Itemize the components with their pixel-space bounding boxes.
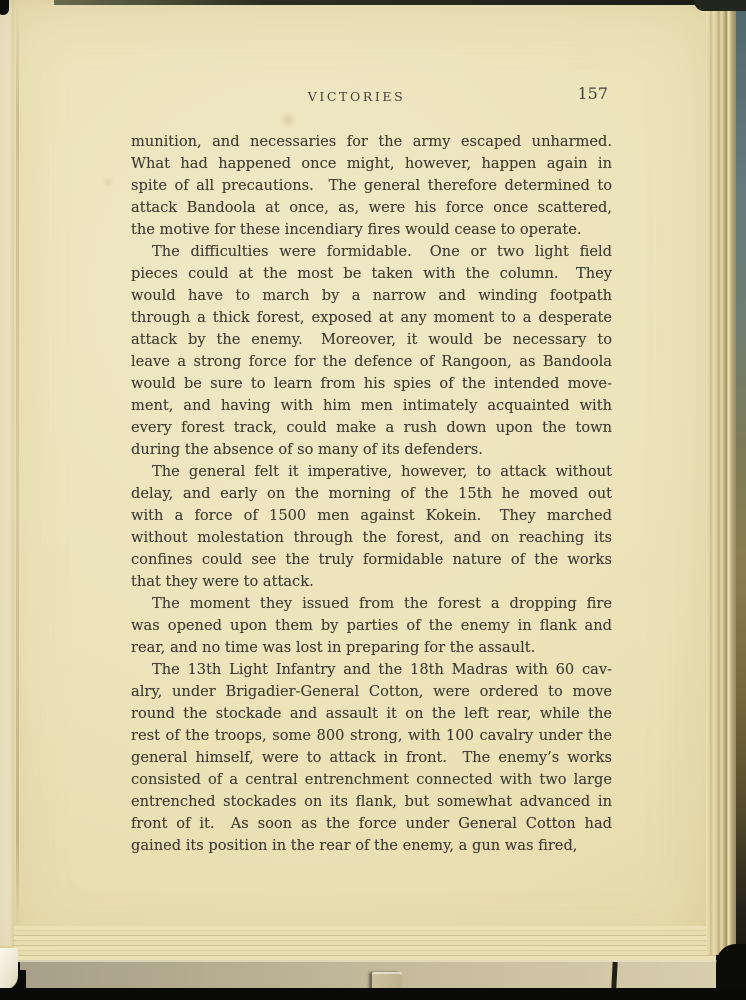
top-left-shadow-notch bbox=[0, 0, 9, 15]
running-header: VICTORIES 157 bbox=[131, 89, 612, 109]
text-line: would be sure to learn from his spies of… bbox=[131, 373, 612, 395]
text-line: that they were to attack. bbox=[131, 571, 612, 593]
text-line: ment, and having with him men intimately… bbox=[131, 395, 612, 417]
top-cover-edge bbox=[54, 0, 746, 5]
text-line: through a thick forest, exposed at any m… bbox=[131, 307, 612, 329]
text-line: delay, and early on the morning of the 1… bbox=[131, 483, 612, 505]
background-below-book bbox=[0, 988, 746, 1000]
text-line: consisted of a central entrenchment conn… bbox=[131, 769, 612, 791]
book-cover-edge bbox=[736, 0, 746, 992]
text-line: pieces could at the most be taken with t… bbox=[131, 263, 612, 285]
text-line: the motive for these incendiary fires wo… bbox=[131, 219, 612, 241]
text-line: The general felt it imperative, however,… bbox=[131, 461, 612, 483]
text-line: round the stockade and assault it on the… bbox=[131, 703, 612, 725]
paragraph: The moment they issued from the forest a… bbox=[131, 593, 612, 659]
paragraph: The general felt it imperative, however,… bbox=[131, 461, 612, 593]
text-line: gained its position in the rear of the e… bbox=[131, 835, 612, 857]
top-right-cover-corner bbox=[694, 0, 746, 11]
page-corner-curl bbox=[0, 948, 18, 990]
text-line: would have to march by a narrow and wind… bbox=[131, 285, 612, 307]
paragraph: The difficulties were formidable. One or… bbox=[131, 241, 612, 461]
text-line: rear, and no time was lost in preparing … bbox=[131, 637, 612, 659]
page-number: 157 bbox=[577, 84, 608, 104]
text-line: The moment they issued from the forest a… bbox=[131, 593, 612, 615]
paper-blemish bbox=[102, 176, 114, 188]
text-line: confines could see the truly formidable … bbox=[131, 549, 612, 571]
paragraph: The 13th Light Infantry and the 18th Mad… bbox=[131, 659, 612, 857]
text-line: leave a strong force for the defence of … bbox=[131, 351, 612, 373]
text-line: attack by the enemy. Moreover, it would … bbox=[131, 329, 612, 351]
paper-blemish bbox=[278, 112, 298, 128]
text-line: without molestation through the forest, … bbox=[131, 527, 612, 549]
text-line: alry, under Brigadier-General Cotton, we… bbox=[131, 681, 612, 703]
underlying-page-edge bbox=[0, 0, 14, 946]
text-line: front of it. As soon as the force under … bbox=[131, 813, 612, 835]
text-line: every forest track, could make a rush do… bbox=[131, 417, 612, 439]
text-line: was opened upon them by parties of the e… bbox=[131, 615, 612, 637]
text-line: What had happened once might, however, h… bbox=[131, 153, 612, 175]
gutter-crease bbox=[16, 0, 19, 930]
text-line: during the absence of so many of its def… bbox=[131, 439, 612, 461]
text-line: entrenched stockades on its flank, but s… bbox=[131, 791, 612, 813]
fore-edge-page-stack bbox=[706, 3, 736, 955]
text-line: The difficulties were formidable. One or… bbox=[131, 241, 612, 263]
paragraph: munition, and necessaries for the army e… bbox=[131, 131, 612, 241]
text-line: with a force of 1500 men against Kokein.… bbox=[131, 505, 612, 527]
text-line: munition, and necessaries for the army e… bbox=[131, 131, 612, 153]
text-line: spite of all precautions. The general th… bbox=[131, 175, 612, 197]
text-line: general himself, were to attack in front… bbox=[131, 747, 612, 769]
running-title: VICTORIES bbox=[116, 89, 597, 105]
scanned-book-photo: VICTORIES 157 munition, and necessaries … bbox=[0, 0, 746, 1000]
page-stack-bottom-edge bbox=[14, 926, 716, 962]
text-line: rest of the troops, some 800 strong, wit… bbox=[131, 725, 612, 747]
text-line: attack Bandoola at once, as, were his fo… bbox=[131, 197, 612, 219]
page-text: munition, and necessaries for the army e… bbox=[131, 131, 612, 857]
text-line: The 13th Light Infantry and the 18th Mad… bbox=[131, 659, 612, 681]
